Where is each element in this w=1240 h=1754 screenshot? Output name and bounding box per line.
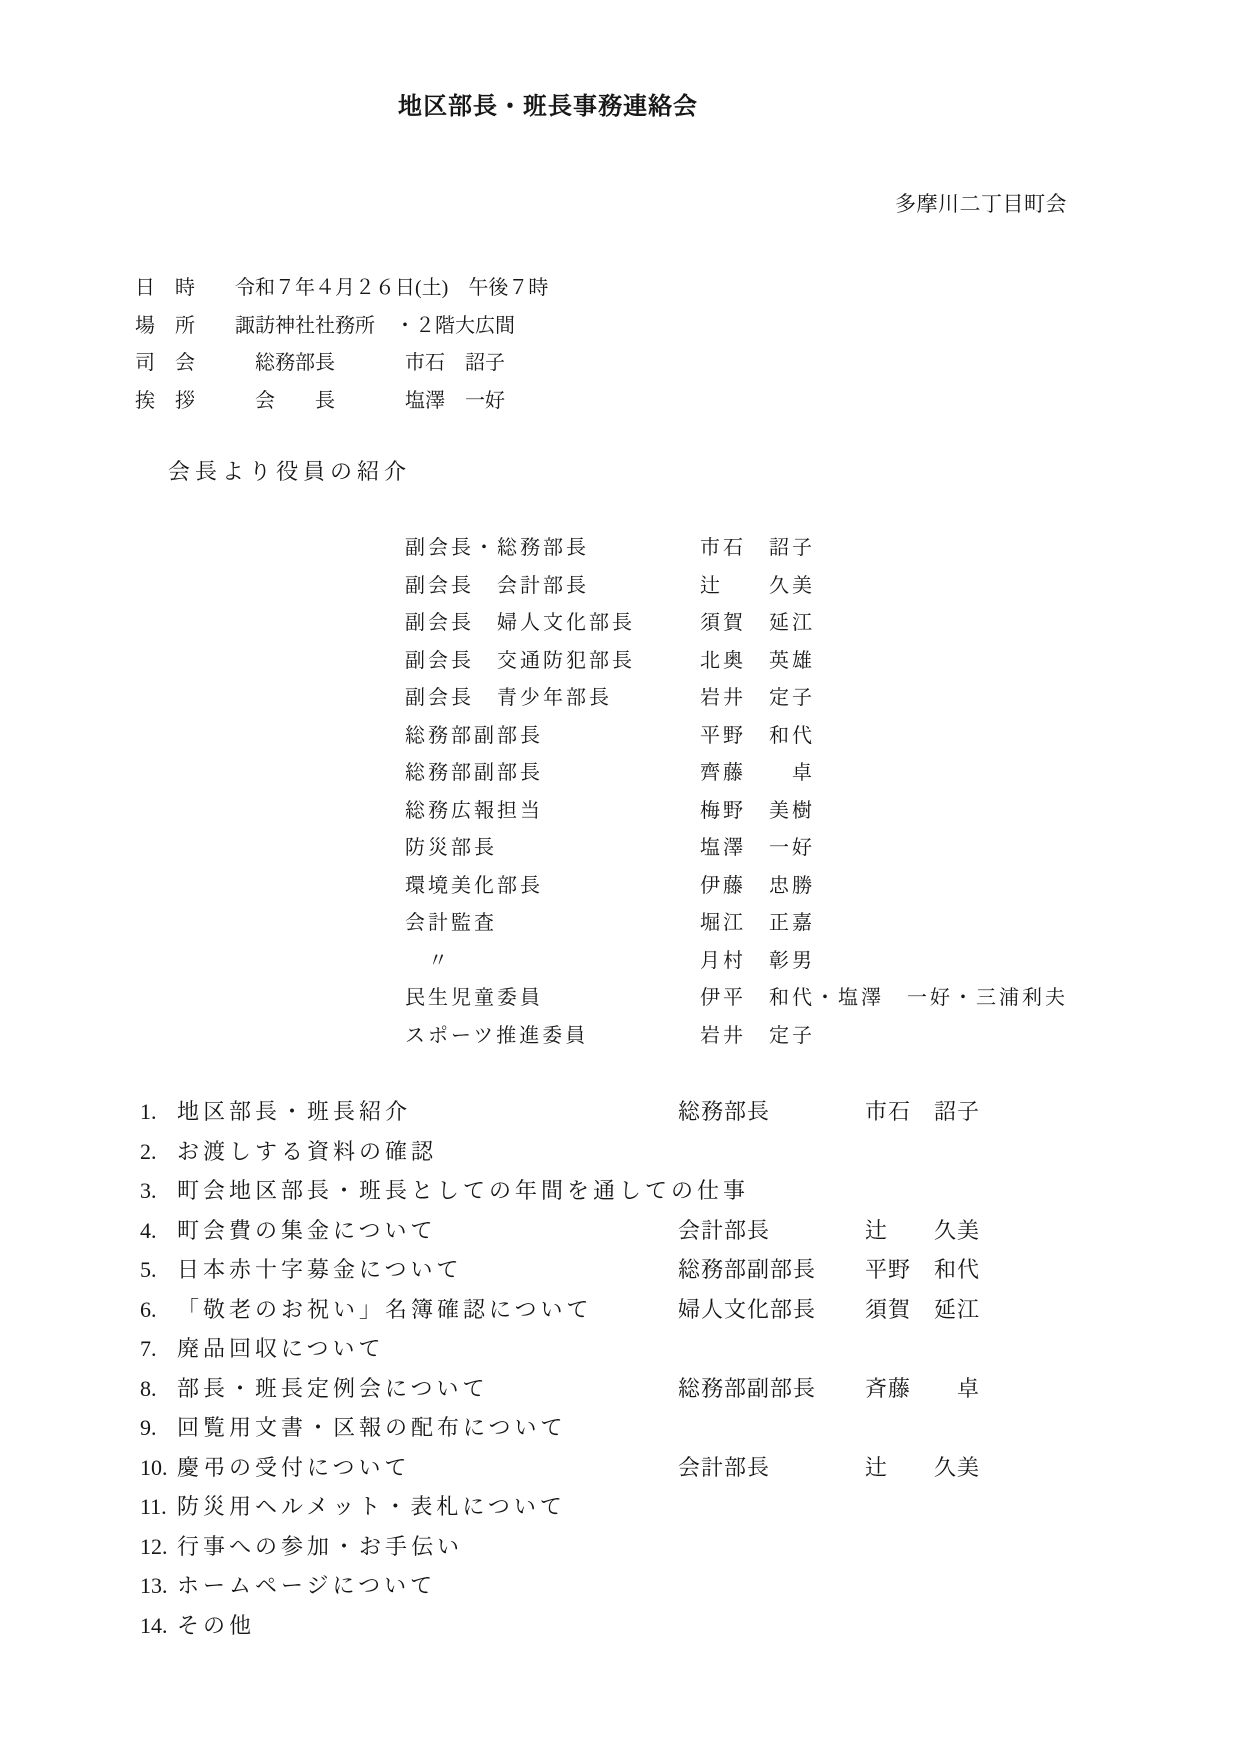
officer-role: 副会長 青少年部長 — [405, 680, 700, 718]
place-label: 場 所 — [135, 308, 235, 346]
agenda-item-text: 町会地区部長・班長としての年間を通しての仕事 — [177, 1178, 749, 1203]
officer-row: 副会長 会計部長 辻 久美 — [405, 568, 1068, 606]
agenda-item-speaker: 辻 久美 — [865, 1211, 980, 1251]
agenda-item-speaker: 平野 和代 — [865, 1250, 980, 1290]
agenda-item-number: 9. — [140, 1408, 177, 1448]
agenda-item-role: 会計部長 — [678, 1448, 770, 1488]
moderator-name: 市石 詔子 — [405, 345, 505, 383]
officer-role: 副会長 会計部長 — [405, 568, 700, 606]
agenda-item-text: 防災用ヘルメット・表札について — [177, 1494, 566, 1519]
agenda-item-role: 総務部副部長 — [678, 1369, 816, 1409]
agenda-item-text: 町会費の集金について — [177, 1218, 437, 1243]
agenda-item: 4.町会費の集金について 会計部長 辻 久美 — [140, 1211, 749, 1251]
officer-role: 副会長・総務部長 — [405, 530, 700, 568]
agenda-item-number: 3. — [140, 1171, 177, 1211]
officer-role: 会計監査 — [405, 905, 700, 943]
agenda-item-number: 1. — [140, 1092, 177, 1132]
datetime-label: 日 時 — [135, 270, 235, 308]
agenda-item-text: 廃品回収について — [177, 1336, 385, 1361]
officer-name: 須賀 延江 — [700, 605, 815, 643]
agenda-item: 6.「敬老のお祝い」名簿確認について 婦人文化部長 須賀 延江 — [140, 1290, 749, 1330]
agenda-item-text: ホームページについて — [177, 1573, 436, 1598]
officer-role: 副会長 婦人文化部長 — [405, 605, 700, 643]
datetime-value: 令和７年４月２６日(土) 午後７時 — [235, 270, 548, 308]
agenda-item-text: 日本赤十字募金について — [177, 1257, 463, 1282]
officer-row: 総務広報担当 梅野 美樹 — [405, 793, 1068, 831]
agenda-item: 10.慶弔の受付について 会計部長 辻 久美 — [140, 1448, 749, 1488]
agenda-item: 8.部長・班長定例会について 総務部副部長 斉藤 卓 — [140, 1369, 749, 1409]
officer-name: 齊藤 卓 — [700, 755, 815, 793]
agenda-item-number: 7. — [140, 1329, 177, 1369]
agenda-item: 3.町会地区部長・班長としての年間を通しての仕事 — [140, 1171, 749, 1211]
officer-row: 環境美化部長 伊藤 忠勝 — [405, 868, 1068, 906]
agenda-item-speaker: 市石 詔子 — [865, 1092, 980, 1132]
officer-name: 梅野 美樹 — [700, 793, 815, 831]
agenda-item-speaker: 斉藤 卓 — [865, 1369, 980, 1409]
officer-role: 総務部副部長 — [405, 718, 700, 756]
officer-row: 副会長 交通防犯部長 北奥 英雄 — [405, 643, 1068, 681]
officer-role: 総務部副部長 — [405, 755, 700, 793]
meeting-datetime-row: 日 時 令和７年４月２６日(土) 午後７時 — [135, 270, 548, 308]
agenda-item-number: 11. — [140, 1487, 177, 1527]
officer-name: 伊平 和代・塩澤 一好・三浦利夫 — [700, 980, 1068, 1018]
agenda-item-number: 12. — [140, 1527, 177, 1567]
agenda-item: 1.地区部長・班長紹介 総務部長 市石 詔子 — [140, 1092, 749, 1132]
agenda-item-text: 部長・班長定例会について — [177, 1376, 489, 1401]
officer-row: 副会長 青少年部長 岩井 定子 — [405, 680, 1068, 718]
agenda-item-text: お渡しする資料の確認 — [177, 1139, 437, 1164]
officer-role: 総務広報担当 — [405, 793, 700, 831]
officer-row: 会計監査 堀江 正嘉 — [405, 905, 1068, 943]
agenda-item-text: 行事への参加・お手伝い — [177, 1534, 463, 1559]
agenda-item-speaker: 須賀 延江 — [865, 1290, 980, 1330]
agenda-item-number: 2. — [140, 1132, 177, 1172]
agenda-item-role: 会計部長 — [678, 1211, 770, 1251]
officer-name: 平野 和代 — [700, 718, 815, 756]
officer-name: 市石 詔子 — [700, 530, 815, 568]
officer-role: スポーツ推進委員 — [405, 1018, 700, 1056]
moderator-role: 総務部長 — [235, 345, 405, 383]
officer-role: 防災部長 — [405, 830, 700, 868]
agenda-item-number: 6. — [140, 1290, 177, 1330]
agenda-item: 5.日本赤十字募金について 総務部副部長 平野 和代 — [140, 1250, 749, 1290]
officer-role: 民生児童委員 — [405, 980, 700, 1018]
agenda-item: 14.その他 — [140, 1606, 749, 1646]
officer-name: 堀江 正嘉 — [700, 905, 815, 943]
agenda-item-number: 5. — [140, 1250, 177, 1290]
meeting-greeting-row: 挨 拶 会 長 塩澤 一好 — [135, 383, 548, 421]
section-heading: 会長より役員の紹介 — [168, 455, 411, 486]
officer-name: 北奥 英雄 — [700, 643, 815, 681]
agenda-item-number: 4. — [140, 1211, 177, 1251]
agenda-item-text: 地区部長・班長紹介 — [177, 1099, 411, 1124]
agenda-item: 2.お渡しする資料の確認 — [140, 1132, 749, 1172]
agenda-item: 13.ホームページについて — [140, 1566, 749, 1606]
officer-row: 総務部副部長 平野 和代 — [405, 718, 1068, 756]
agenda-item-number: 10. — [140, 1448, 177, 1488]
agenda-item-number: 13. — [140, 1566, 177, 1606]
agenda-item-role: 婦人文化部長 — [678, 1290, 816, 1330]
agenda-item-role: 総務部副部長 — [678, 1250, 816, 1290]
greeting-label: 挨 拶 — [135, 383, 235, 421]
officer-list: 副会長・総務部長 市石 詔子 副会長 会計部長 辻 久美 副会長 婦人文化部長 … — [405, 530, 1068, 1055]
agenda-item-role: 総務部長 — [678, 1092, 770, 1132]
agenda-item-text: 慶弔の受付について — [177, 1455, 411, 1480]
agenda-item-speaker: 辻 久美 — [865, 1448, 980, 1488]
agenda-item-text: 「敬老のお祝い」名簿確認について — [177, 1297, 593, 1322]
officer-role: 環境美化部長 — [405, 868, 700, 906]
meeting-moderator-row: 司 会 総務部長 市石 詔子 — [135, 345, 548, 383]
officer-role: 副会長 交通防犯部長 — [405, 643, 700, 681]
greeting-role: 会 長 — [235, 383, 405, 421]
organization-name: 多摩川二丁目町会 — [895, 188, 1067, 218]
officer-row: スポーツ推進委員 岩井 定子 — [405, 1018, 1068, 1056]
page-title: 地区部長・班長事務連絡会 — [0, 90, 1096, 124]
officer-name: 伊藤 忠勝 — [700, 868, 815, 906]
agenda-item-number: 14. — [140, 1606, 177, 1646]
officer-row: 〃 月村 彰男 — [405, 943, 1068, 981]
officer-row: 総務部副部長 齊藤 卓 — [405, 755, 1068, 793]
agenda-item-number: 8. — [140, 1369, 177, 1409]
meeting-place-row: 場 所 諏訪神社社務所 ・２階大広間 — [135, 308, 548, 346]
document-page: 地区部長・班長事務連絡会 多摩川二丁目町会 日 時 令和７年４月２６日(土) 午… — [0, 0, 1240, 1754]
officer-row: 民生児童委員 伊平 和代・塩澤 一好・三浦利夫 — [405, 980, 1068, 1018]
officer-row: 副会長・総務部長 市石 詔子 — [405, 530, 1068, 568]
officer-name: 辻 久美 — [700, 568, 815, 606]
agenda-item-text: その他 — [177, 1613, 255, 1638]
officer-role: 〃 — [405, 943, 700, 981]
officer-row: 防災部長 塩澤 一好 — [405, 830, 1068, 868]
officer-name: 岩井 定子 — [700, 680, 815, 718]
agenda-item: 9.回覧用文書・区報の配布について — [140, 1408, 749, 1448]
agenda-item: 11.防災用ヘルメット・表札について — [140, 1487, 749, 1527]
agenda-item: 12.行事への参加・お手伝い — [140, 1527, 749, 1567]
officer-name: 岩井 定子 — [700, 1018, 815, 1056]
agenda-list: 1.地区部長・班長紹介 総務部長 市石 詔子 2.お渡しする資料の確認 3.町会… — [140, 1092, 749, 1645]
agenda-item: 7.廃品回収について — [140, 1329, 749, 1369]
officer-name: 塩澤 一好 — [700, 830, 815, 868]
place-value: 諏訪神社社務所 ・２階大広間 — [235, 308, 515, 346]
agenda-item-text: 回覧用文書・区報の配布について — [177, 1415, 567, 1440]
meeting-info: 日 時 令和７年４月２６日(土) 午後７時 場 所 諏訪神社社務所 ・２階大広間… — [135, 270, 548, 420]
moderator-label: 司 会 — [135, 345, 235, 383]
greeting-name: 塩澤 一好 — [405, 383, 505, 421]
officer-name: 月村 彰男 — [700, 943, 815, 981]
officer-row: 副会長 婦人文化部長 須賀 延江 — [405, 605, 1068, 643]
